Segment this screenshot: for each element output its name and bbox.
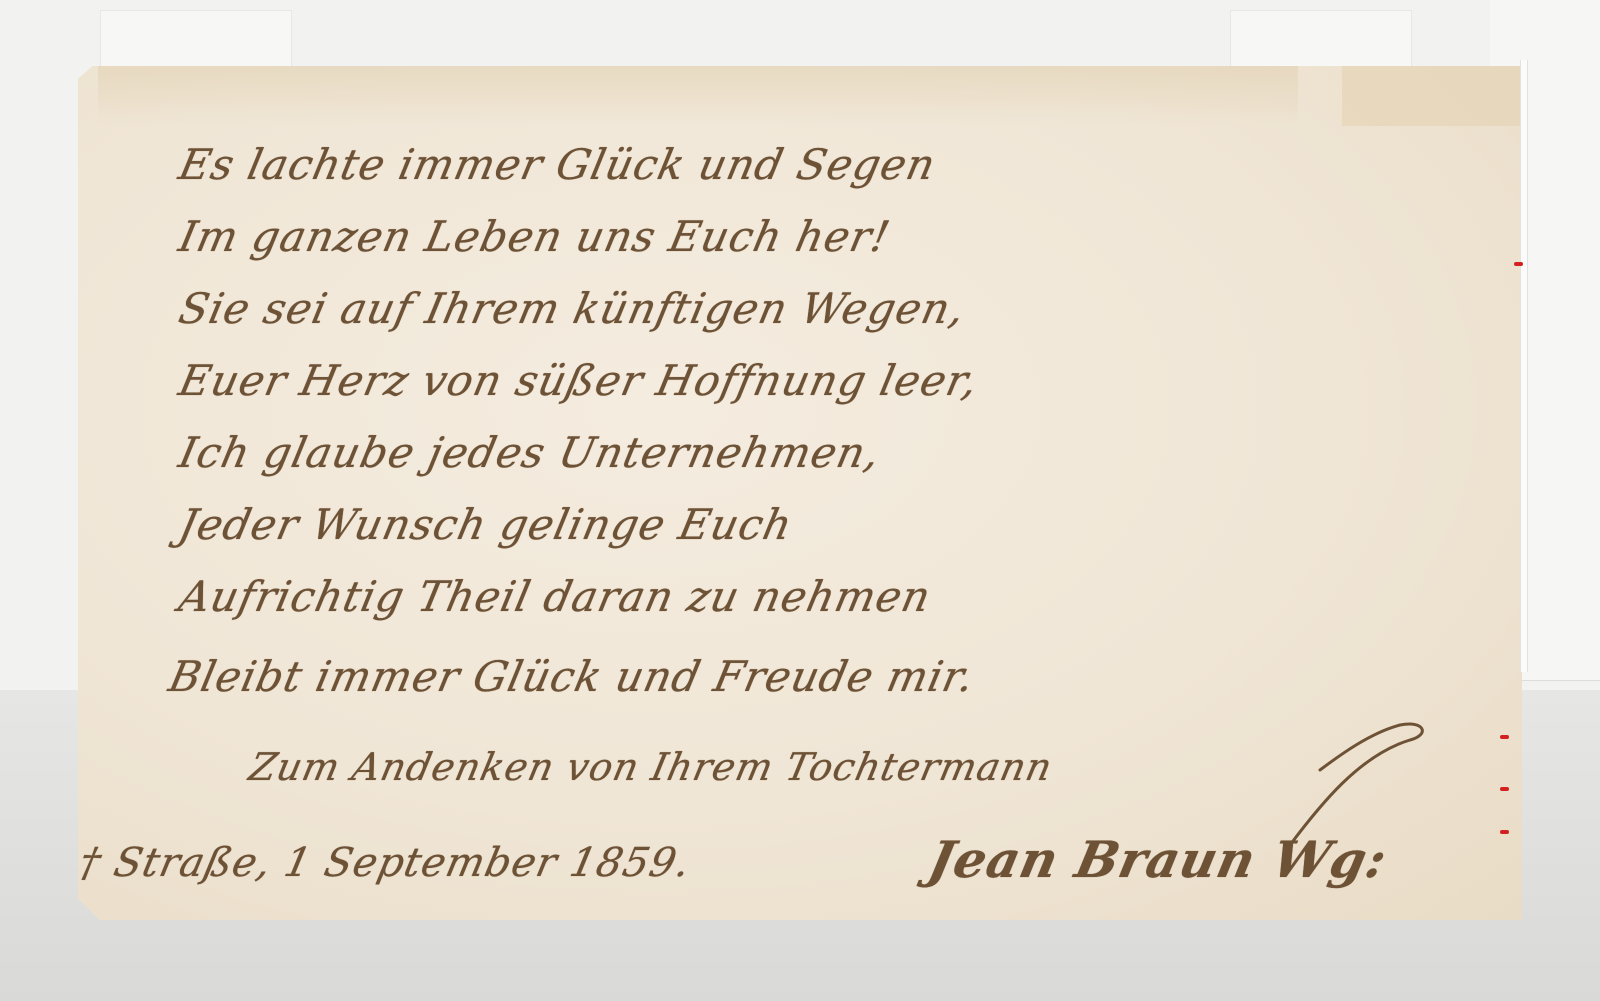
binding-stitch — [1500, 830, 1509, 834]
binding-stitch — [1514, 262, 1523, 266]
signature-flourish-icon — [1280, 715, 1430, 855]
date-line: † Straße, 1 September 1859. — [75, 840, 695, 886]
poem-line-8: Bleibt immer Glück und Freude mir. — [165, 652, 979, 701]
binding-strip — [1520, 60, 1528, 672]
paper-stain — [98, 66, 1298, 126]
binding-stitch — [1500, 735, 1509, 739]
poem-line-4: Euer Herz von süßer Hoffnung leer, — [175, 356, 983, 405]
poem-line-6: Jeder Wunsch gelinge Euch — [175, 500, 797, 549]
poem-line-2: Im ganzen Leben uns Euch her! — [175, 212, 895, 261]
mounting-tape-right — [1230, 10, 1412, 72]
mounting-tape-left — [100, 10, 292, 72]
poem-line-7: Aufrichtig Theil daran zu nehmen — [175, 572, 936, 621]
dedication: Zum Andenken von Ihrem Tochtermann — [245, 745, 1056, 789]
poem-line-5: Ich glaube jedes Unternehmen, — [175, 428, 885, 477]
paper-stain-corner — [1342, 66, 1522, 126]
binding-stitch — [1500, 787, 1509, 791]
poem-line-3: Sie sei auf Ihrem künftigen Wegen, — [175, 284, 970, 333]
poem-line-1: Es lachte immer Glück und Segen — [175, 140, 941, 189]
